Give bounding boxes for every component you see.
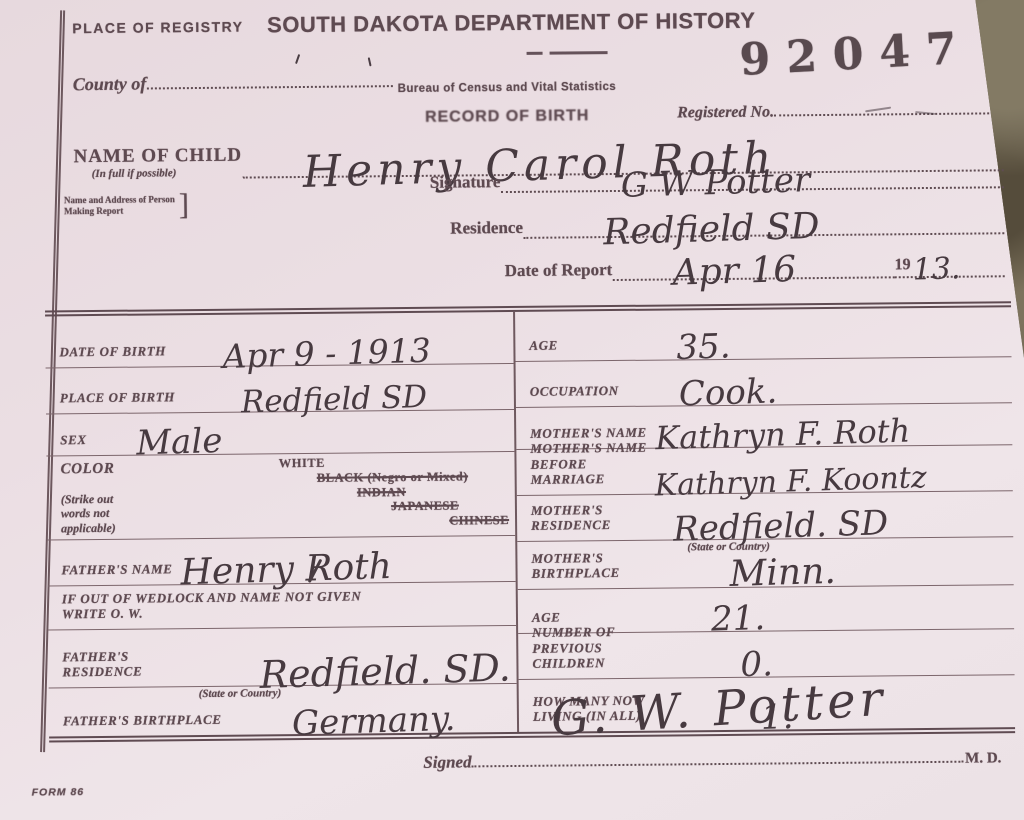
row-mothers-birthplace: (State or Country) MOTHER'S BIRTHPLACE M… xyxy=(517,537,1013,590)
previous-children-label: NUMBER OF PREVIOUS CHILDREN xyxy=(532,624,650,677)
sex-label: SEX xyxy=(60,432,87,453)
certificate-number-stamp: 92047 xyxy=(738,23,973,86)
fathers-name-label: FATHER'S NAME xyxy=(61,562,172,584)
row-sex: SEX Male xyxy=(46,410,514,456)
table-column-left: DATE OF BIRTH Apr 9 - 1913 PLACE OF BIRT… xyxy=(45,312,517,736)
mother-age-handwriting: 21. xyxy=(710,605,765,634)
maker-note-line1: Name and Address of Person xyxy=(64,194,175,206)
row-place-of-birth: PLACE OF BIRTH Redfield SD xyxy=(46,364,514,414)
signature-label: Signature xyxy=(430,173,501,194)
record-of-birth-form: PLACE OF REGISTRY SOUTH DAKOTA DEPARTMEN… xyxy=(0,0,1024,820)
residence-handwriting: Redfield SD xyxy=(603,213,820,248)
residence-field: Residence Redfield SD xyxy=(450,213,1004,239)
fathers-residence-label: FATHER'S RESIDENCE xyxy=(62,648,203,686)
maker-note-text: Name and Address of Person Making Report xyxy=(64,194,175,218)
occupation-handwriting: Cook. xyxy=(678,378,777,408)
row-fathers-residence: FATHER'S RESIDENCE Redfield. SD. xyxy=(48,626,517,688)
mothers-birthplace-label: MOTHER'S BIRTHPLACE xyxy=(531,550,649,587)
name-of-child-label-stack: NAME OF CHILD (In full if possible) xyxy=(73,146,242,181)
row-previous-children: NUMBER OF PREVIOUS CHILDREN 0. xyxy=(518,629,1014,680)
year-field: 19 13. xyxy=(895,255,1005,278)
color-options: WHITE BLACK (Negro or Mixed) INDIAN JAPA… xyxy=(199,454,509,531)
registered-no-dotted-line xyxy=(774,112,989,116)
mothers-birthplace-handwriting: Minn. xyxy=(729,558,836,590)
pen-mark xyxy=(295,54,300,64)
date-of-report-label: Date of Report xyxy=(505,261,613,282)
maker-note-bracket: ] xyxy=(179,193,189,217)
row-mothers-maiden-name: MOTHER'S NAME BEFORE MARRIAGE Kathryn F.… xyxy=(516,445,1012,496)
date-of-report-dotted-line: Apr 16 xyxy=(612,257,895,282)
color-option-indian: INDIAN xyxy=(357,484,509,500)
title-underline-dashes xyxy=(527,51,608,55)
pen-mark xyxy=(368,57,372,66)
registered-no-field: Registered No. xyxy=(677,101,989,122)
fathers-birthplace-label: FATHER'S BIRTHPLACE xyxy=(63,712,222,734)
row-color: COLOR (Strike out words not applicable) … xyxy=(46,452,515,540)
year-handwriting: 13. xyxy=(912,257,960,282)
date-of-report-handwriting: Apr 16 xyxy=(672,256,796,289)
row-occupation: OCCUPATION Cook. xyxy=(516,357,1012,408)
color-label: COLOR xyxy=(60,461,114,483)
residence-label: Residence xyxy=(450,219,523,240)
date-of-report-field: Date of Report Apr 16 19 13. xyxy=(505,255,1005,282)
row-date-of-birth: DATE OF BIRTH Apr 9 - 1913 xyxy=(45,312,513,368)
father-age-label: AGE xyxy=(529,338,558,359)
name-of-child-label: NAME OF CHILD xyxy=(73,146,242,167)
previous-children-handwriting: 0. xyxy=(740,651,773,679)
signature-dotted-line: G W Potter xyxy=(500,167,1004,193)
sex-handwriting: Male xyxy=(136,428,223,458)
out-of-wedlock-label: IF OUT OF WEDLOCK AND NAME NOT GIVEN WRI… xyxy=(62,588,372,627)
county-label: County of xyxy=(73,73,147,95)
row-mothers-residence: MOTHER'S RESIDENCE Redfield. SD xyxy=(517,491,1013,542)
row-fathers-name: FATHER'S NAME Henry Roth xyxy=(47,536,515,586)
color-option-japanese: JAPANESE xyxy=(391,498,509,514)
place-of-birth-label: PLACE OF BIRTH xyxy=(60,390,175,412)
mothers-residence-label: MOTHER'S RESIDENCE xyxy=(531,502,649,539)
residence-dotted-line: Redfield SD xyxy=(523,213,1004,238)
mothers-maiden-name-label: MOTHER'S NAME BEFORE MARRIAGE xyxy=(530,440,648,493)
signature-field: Signature G W Potter xyxy=(430,167,1004,194)
color-label-stack: COLOR (Strike out words not applicable) xyxy=(60,460,139,536)
birth-certificate-scan: PLACE OF REGISTRY SOUTH DAKOTA DEPARTMEN… xyxy=(0,0,1024,820)
color-option-chinese: CHINESE xyxy=(449,513,509,528)
row-father-age: AGE 35. xyxy=(515,307,1011,362)
row-out-of-wedlock: IF OUT OF WEDLOCK AND NAME NOT GIVEN WRI… xyxy=(48,582,516,630)
signature-handwriting: G W Potter xyxy=(620,167,810,200)
signed-label: Signed xyxy=(423,752,471,772)
signed-dotted-line xyxy=(472,761,964,768)
row-fathers-birthplace: (State or Country) FATHER'S BIRTHPLACE G… xyxy=(49,684,517,736)
maker-note-line2: Making Report xyxy=(64,205,175,217)
occupation-label: OCCUPATION xyxy=(530,383,619,404)
fathers-birthplace-handwriting: Germany. xyxy=(291,706,455,738)
registered-no-label: Registered No. xyxy=(677,103,774,122)
year-prefix-printed: 19 xyxy=(895,256,911,276)
table-column-right: AGE 35. OCCUPATION Cook. MOTHER'S NAME K… xyxy=(513,307,1015,732)
name-of-child-subnote: (In full if possible) xyxy=(92,167,243,180)
mothers-birthplace-subnote: (State or Country) xyxy=(687,541,770,554)
maker-note: Name and Address of Person Making Report… xyxy=(64,193,214,218)
date-of-birth-label: DATE OF BIRTH xyxy=(59,344,166,366)
color-strike-note: (Strike out words not applicable) xyxy=(61,492,140,536)
signed-field: Signed M. D. xyxy=(423,747,1001,773)
father-age-handwriting: 35. xyxy=(676,333,731,362)
form-number: FORM 86 xyxy=(32,786,85,799)
fathers-birthplace-subnote: (State or Country) xyxy=(199,687,282,700)
md-credential: M. D. xyxy=(965,750,1001,767)
